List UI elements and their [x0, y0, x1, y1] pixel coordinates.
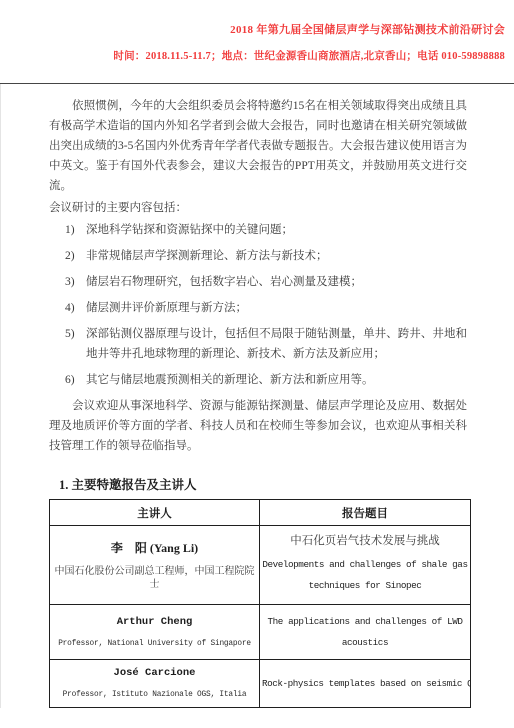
agenda-item-number: 5) — [65, 324, 86, 364]
agenda-lead: 会议研讨的主要内容包括： — [49, 198, 467, 218]
agenda-item-number: 2) — [65, 246, 86, 266]
agenda-item-text: 其它与储层地震预测相关的新理论、新方法和新应用等。 — [86, 370, 467, 390]
speakers-table: 主讲人 报告题目 李 阳 (Yang Li) 中国石化股份公司副总工程师，中国工… — [49, 499, 471, 708]
speaker-affiliation: Professor, Istituto Nazionale OGS, Itali… — [52, 690, 257, 701]
table-row: José Carcione Professor, Istituto Nazion… — [50, 660, 471, 708]
agenda-item-text: 非常规储层声学探测新理论、新方法与新技术； — [86, 246, 467, 266]
column-header-title: 报告题目 — [260, 500, 471, 526]
agenda-item-number: 1) — [65, 220, 86, 240]
agenda-item-3: 3) 储层岩石物理研究，包括数字岩心、岩心测量及建模； — [65, 272, 467, 292]
speaker-name: 李 阳 (Yang Li) — [52, 540, 257, 556]
agenda-item-number: 4) — [65, 298, 86, 318]
agenda-item-2: 2) 非常规储层声学探测新理论、新方法与新技术； — [65, 246, 467, 266]
letterhead-title: 2018 年第九届全国储层声学与深部钻测技术前沿研讨会 — [0, 23, 505, 38]
agenda-item-4: 4) 储层测井评价新原理与新方法； — [65, 298, 467, 318]
agenda-item-number: 6) — [65, 370, 86, 390]
table-header-row: 主讲人 报告题目 — [50, 500, 471, 526]
agenda-list: 1) 深地科学钻探和资源钻探中的关键问题； 2) 非常规储层声学探测新理论、新方… — [65, 220, 467, 390]
agenda-item-text: 储层测井评价新原理与新方法； — [86, 298, 467, 318]
speaker-affiliation: 中国石化股份公司副总工程师，中国工程院院士 — [52, 565, 257, 591]
agenda-item-text: 深部钻测仪器原理与设计，包括但不局限于随钻测量，单井、跨井、井地和地井等井孔地球… — [86, 324, 467, 364]
intro-paragraph: 依照惯例，今年的大会组织委员会将特邀约15名在相关领域取得突出成绩且具有极高学术… — [49, 96, 467, 196]
report-title-en: Developments and challenges of shale gas — [262, 554, 468, 575]
report-title-en: techniques for Sinopec — [262, 575, 468, 596]
agenda-item-6: 6) 其它与储层地震预测相关的新理论、新方法和新应用等。 — [65, 370, 467, 390]
report-title-cn: 中石化页岩气技术发展与挑战 — [262, 534, 468, 549]
report-title-en: The applications and challenges of LWD — [262, 611, 468, 632]
report-title-en: Rock-physics templates based on seismic … — [262, 673, 468, 694]
agenda-item-text: 深地科学钻探和资源钻探中的关键问题； — [86, 220, 467, 240]
letterhead-details: 时间：2018.11.5-11.7；地点：世纪金源香山商旅酒店,北京香山；电话 … — [0, 50, 505, 64]
report-title-en: acoustics — [262, 632, 468, 653]
agenda-item-number: 3) — [65, 272, 86, 292]
document-page: 2018 年第九届全国储层声学与深部钻测技术前沿研讨会 时间：2018.11.5… — [0, 0, 514, 728]
speaker-name: José Carcione — [52, 666, 257, 680]
letterhead: 2018 年第九届全国储层声学与深部钻测技术前沿研讨会 时间：2018.11.5… — [0, 0, 514, 64]
document-body: 依照惯例，今年的大会组织委员会将特邀约15名在相关领域取得突出成绩且具有极高学术… — [0, 84, 514, 708]
speaker-name: Arthur Cheng — [52, 615, 257, 629]
closing-paragraph: 会议欢迎从事深地科学、资源与能源钻探测量、储层声学理论及应用、数据处理及地质评价… — [49, 396, 467, 456]
agenda-item-text: 储层岩石物理研究，包括数字岩心、岩心测量及建模； — [86, 272, 467, 292]
column-header-speaker: 主讲人 — [50, 500, 260, 526]
agenda-item-5: 5) 深部钻测仪器原理与设计，包括但不局限于随钻测量，单井、跨井、井地和地井等井… — [65, 324, 467, 364]
agenda-item-1: 1) 深地科学钻探和资源钻探中的关键问题； — [65, 220, 467, 240]
section-heading: 1. 主要特邀报告及主讲人 — [59, 477, 467, 494]
table-row: 李 阳 (Yang Li) 中国石化股份公司副总工程师，中国工程院院士 中石化页… — [50, 526, 471, 605]
speaker-affiliation: Professor, National University of Singap… — [52, 639, 257, 650]
table-row: Arthur Cheng Professor, National Univers… — [50, 605, 471, 660]
